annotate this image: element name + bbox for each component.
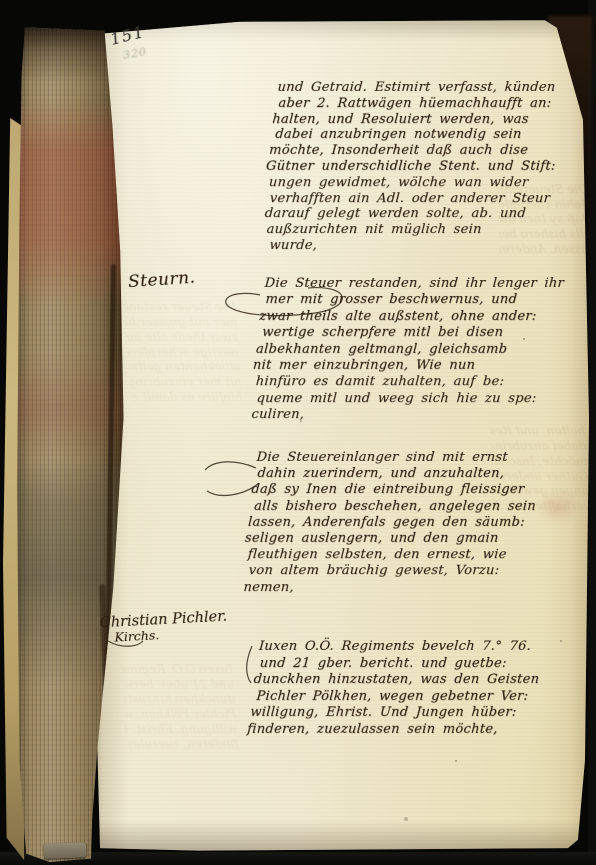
- bleedthrough-line: möchte, Insonderheit daß auch dise: [491, 454, 588, 469]
- bleedthrough-line: halten, und Resoluiert werden, was: [489, 424, 586, 439]
- manuscript-line: Die Steuer restanden, sind ihr lenger ih…: [264, 276, 565, 292]
- manuscript-line: Iuxen O.Ö. Regiments bevelch 7.° 76.: [258, 639, 542, 656]
- bleedthrough-text: Iuxen O.Ö. Regiments bevelch 7.° 76.und …: [121, 662, 240, 762]
- bleedthrough-line: lassen, Anderenfals gegen den säumb:: [499, 242, 592, 257]
- manuscript-photo: 151 320 Steurn. Christian Pichler. Kirch…: [0, 0, 596, 865]
- bleedthrough-line: Die Steuereinlanger sind mit ernst: [495, 182, 588, 197]
- paragraph-2: Die Steuer restanden, sind ihr lenger ih…: [249, 276, 565, 424]
- manuscript-line: aber 2. Rattwägen hüemachhaufft an:: [278, 96, 561, 112]
- bleedthrough-line: Iuxen O.Ö. Regiments bevelch 7.° 76.: [121, 662, 234, 677]
- manuscript-line: halten, und Resoluiert werden, was: [272, 112, 560, 128]
- bleedthrough-line: dabei anzubringen notwendig sein: [490, 439, 587, 454]
- bleedthrough-line: Gütner underschidliche Stent. und Stift:: [492, 469, 589, 484]
- bleedthrough-line: hinfüro es damit zuhalten, auf be:: [130, 390, 243, 405]
- bleedthrough-line: dunckhen hinzustaten, was den Geisten: [123, 692, 236, 707]
- bleedthrough-line: und 21 gber. bericht. und guetbe:: [122, 677, 235, 692]
- manuscript-line: von altem bräuchig gewest, Vorzu:: [248, 563, 532, 579]
- manuscript-line: fleuthigen selbsten, den ernest, wie: [247, 547, 533, 563]
- manuscript-line: wertige scherpfere mitl bei disen: [262, 325, 562, 341]
- bleedthrough-line: mer mit grosser beschwernus, und: [125, 315, 238, 330]
- bleedthrough-line: wertige scherpfere mitl bei disen: [127, 345, 240, 360]
- bleedthrough-line: zwar theils alte außstent, ohne ander:: [126, 330, 239, 345]
- bleedthrough-line: alls bishero beschehen, angelegen sein: [498, 227, 591, 242]
- ink-smudge: [536, 490, 580, 524]
- bleedthrough-line: daß sy Inen die eintreibung fleissiger: [497, 212, 590, 227]
- manuscript-line: dunckhen hinzustaten, was den Geisten: [253, 672, 540, 689]
- manuscript-line: zwar theils alte außstent, ohne ander:: [259, 309, 563, 325]
- paragraph-4: Iuxen O.Ö. Regiments bevelch 7.° 76.und …: [247, 639, 543, 739]
- manuscript-line: nit mer einzubringen, Wie nun: [252, 358, 559, 374]
- paper-specks: [345, 118, 347, 120]
- bleedthrough-line: dahin zuerindern, und anzuhalten,: [496, 197, 589, 212]
- manuscript-line: dabei anzubringen notwendig sein: [275, 127, 559, 143]
- manuscript-line: finderen, zuezulassen sein möchte,: [247, 722, 537, 739]
- manuscript-line: nemen,: [243, 580, 531, 596]
- bleedthrough-line: willigung, Ehrist. Und Jungen hüber:: [125, 722, 238, 737]
- manuscript-line: möchte, Insonderheit daß auch dise: [269, 143, 558, 159]
- manuscript-line: und 21 gber. bericht. und guetbe:: [259, 656, 541, 673]
- bleedthrough-text: Die Steuereinlanger sind mit ernstdahin …: [495, 182, 593, 262]
- manuscript-line: albekhanten geltmangl, gleichsamb: [255, 342, 560, 358]
- bleedthrough-line: nit mer einzubringen, Wie nun: [129, 375, 242, 390]
- manuscript-line: willigung, Ehrist. Und Jungen hüber:: [250, 705, 538, 722]
- bleedthrough-text: Die Steuer restanden, sind ihr lenger ih…: [124, 300, 244, 420]
- manuscript-line: Pichler Pölkhen, wegen gebetner Ver:: [256, 689, 539, 706]
- bleedthrough-line: albekhanten geltmangl, gleichsamb: [128, 360, 241, 375]
- binding-corner-tab: [44, 842, 86, 858]
- manuscript-line: culiren,: [251, 407, 556, 423]
- manuscript-line: hinfüro es damit zuhalten, auf be:: [255, 374, 558, 390]
- manuscript-line: Gütner underschidliche Stent. und Stift:: [265, 159, 556, 175]
- bleedthrough-line: finderen, zuezulassen sein möchte,: [126, 737, 239, 752]
- manuscript-line: und Getraid. Estimirt verfasst, künden: [277, 80, 562, 96]
- manuscript-line: mer mit grosser beschwernus, und: [265, 292, 564, 308]
- manuscript-line: seligen auslengern, und den gmain: [244, 531, 534, 547]
- manuscript-line: lassen, Anderenfals gegen den säumb:: [247, 515, 535, 531]
- bleedthrough-line: Pichler Pölkhen, wegen gebetner Ver:: [124, 707, 237, 722]
- bleedthrough-line: Die Steuer restanden, sind ihr lenger ih…: [124, 300, 237, 315]
- manuscript-line: queme mitl und weeg sich hie zu spe:: [256, 391, 557, 407]
